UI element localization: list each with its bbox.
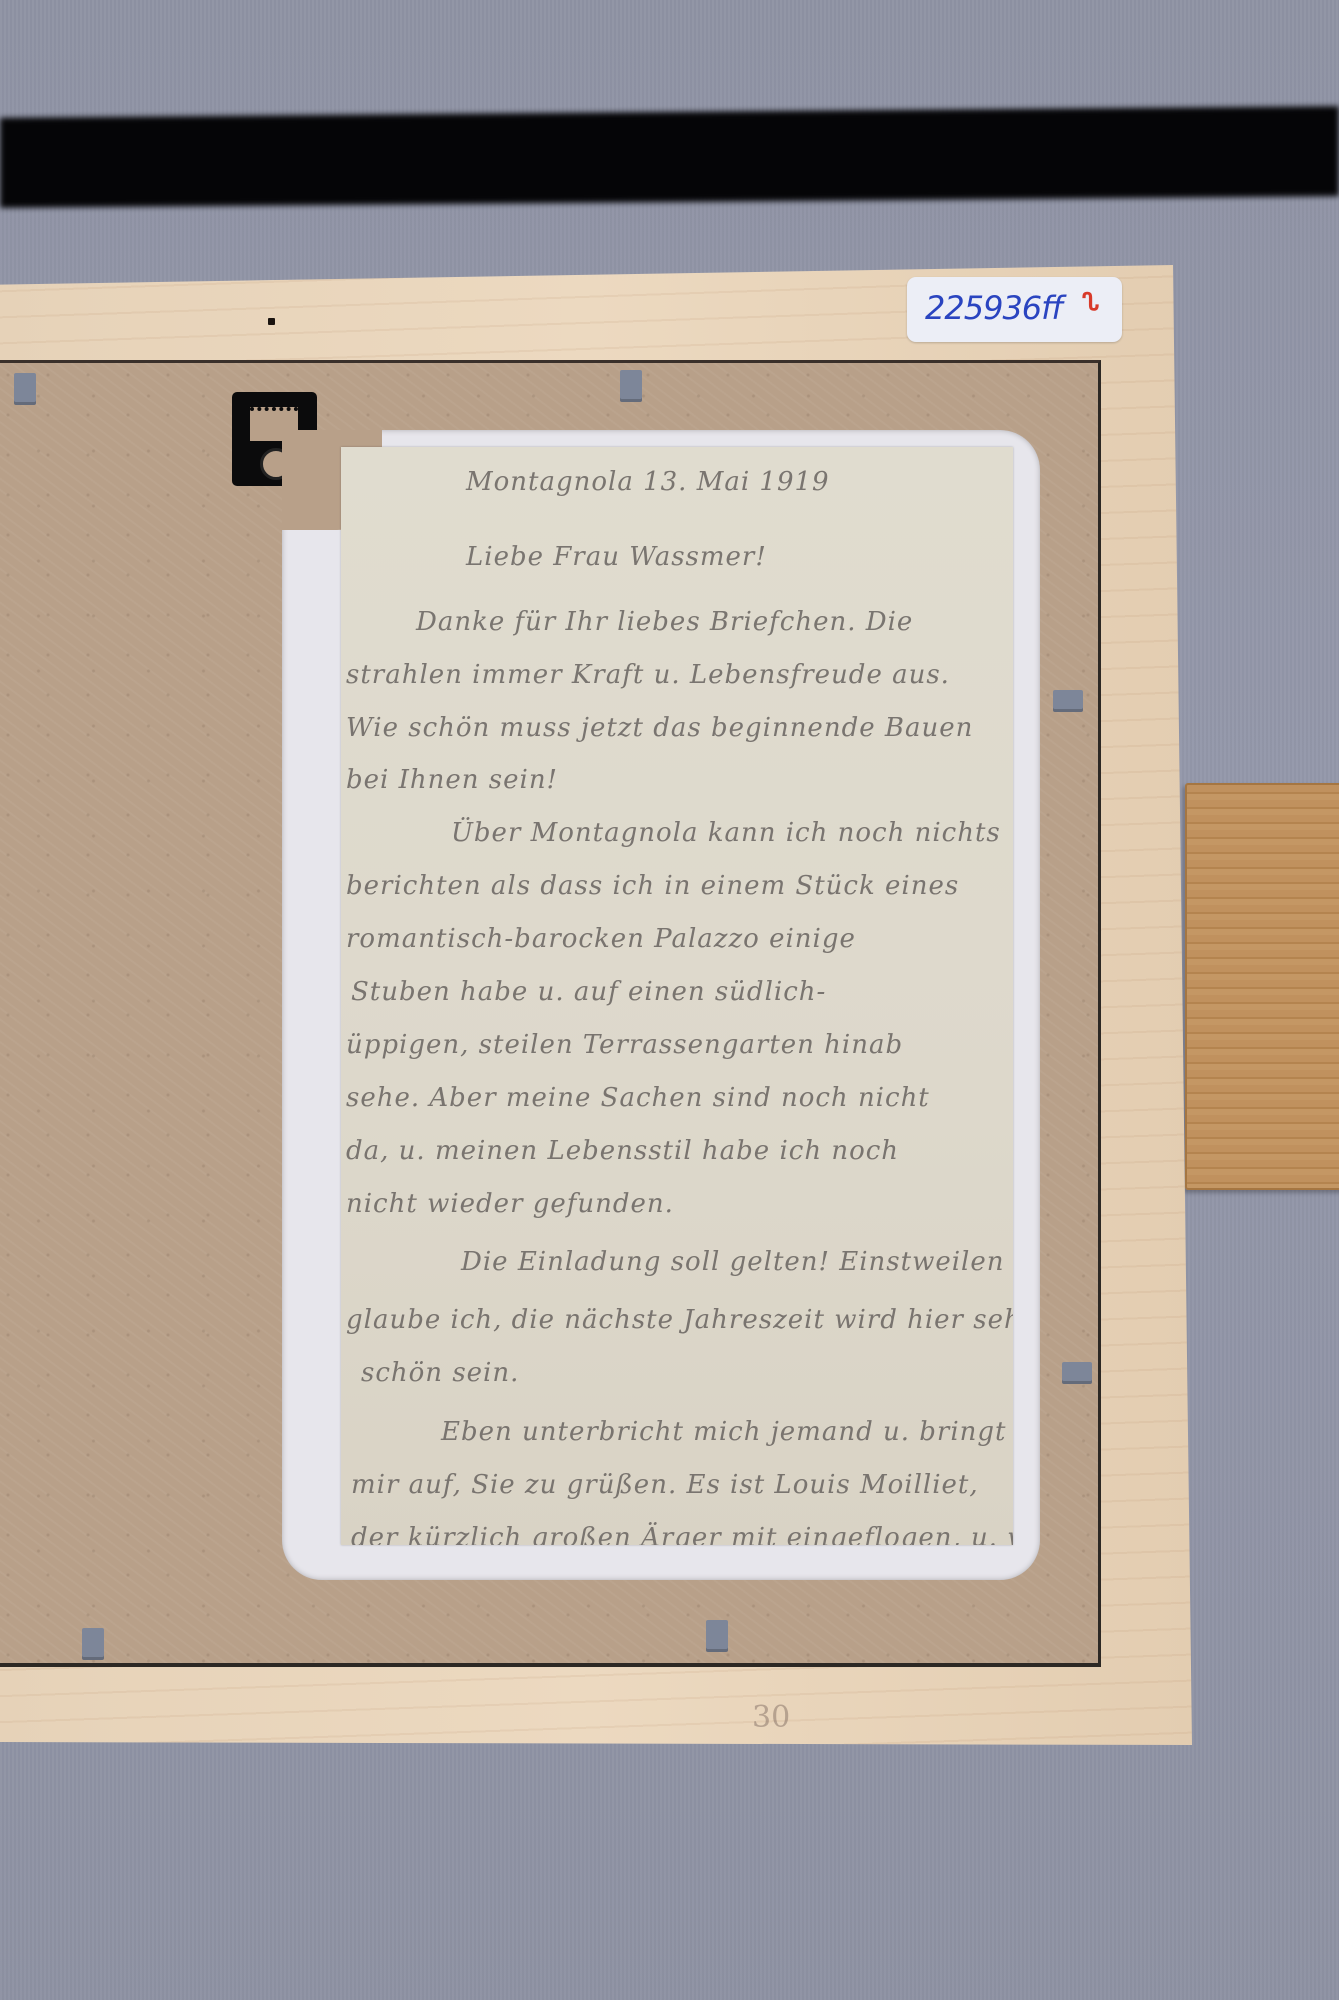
retaining-clip	[706, 1620, 728, 1652]
letter-line: Stuben habe u. auf einen südlich-	[351, 977, 1013, 1007]
letter-line: Eben unterbricht mich jemand u. bringt	[441, 1417, 1013, 1447]
letter-line: üppigen, steilen Terrassengarten hinab	[346, 1030, 1013, 1060]
wooden-support-block	[1185, 783, 1339, 1190]
letter-line: sehe. Aber meine Sachen sind noch nicht	[346, 1083, 1013, 1113]
letter-line: nicht wieder gefunden.	[346, 1189, 1013, 1219]
letter-line: Wie schön muss jetzt das beginnende Baue…	[346, 713, 1013, 743]
handwritten-letter: Montagnola 13. Mai 1919 Liebe Frau Wassm…	[341, 447, 1013, 1545]
letter-place-date: Montagnola 13. Mai 1919	[466, 467, 1013, 497]
letter-line: romantisch-barocken Palazzo einige	[346, 924, 1013, 954]
inventory-label: 225936ff ᔐ	[907, 277, 1122, 342]
letter-line: der kürzlich großen Ärger mit eingefloge…	[351, 1523, 1013, 1545]
retaining-clip	[14, 373, 36, 405]
inventory-number: 225936ff	[925, 289, 1062, 327]
letter-line: Über Montagnola kann ich noch nichts	[451, 818, 1013, 848]
letter-line: berichten als dass ich in einem Stück ei…	[346, 871, 1013, 901]
letter-line: bei Ihnen sein!	[346, 765, 1013, 795]
letter-line: Die Einladung soll gelten! Einstweilen	[461, 1247, 1013, 1277]
letter-line: da, u. meinen Lebensstil habe ich noch	[346, 1136, 1013, 1166]
letter-line: Danke für Ihr liebes Briefchen. Die	[416, 607, 1013, 637]
frame-pencil-mark: 30	[752, 1700, 790, 1735]
letter-salutation: Liebe Frau Wassmer!	[466, 542, 1013, 572]
black-bar	[0, 106, 1339, 208]
letter-line: glaube ich, die nächste Jahreszeit wird …	[346, 1305, 1013, 1335]
retaining-clip	[82, 1628, 104, 1660]
retaining-clip	[1053, 690, 1083, 712]
red-mark-icon: ᔐ	[1082, 287, 1099, 316]
retaining-clip	[1062, 1362, 1092, 1384]
retaining-clip	[620, 370, 642, 402]
letter-line: schön sein.	[361, 1358, 1013, 1388]
letter-line: strahlen immer Kraft u. Lebensfreude aus…	[346, 660, 1013, 690]
nail-hole	[268, 318, 275, 325]
letter-line: mir auf, Sie zu grüßen. Es ist Louis Moi…	[351, 1470, 1013, 1500]
